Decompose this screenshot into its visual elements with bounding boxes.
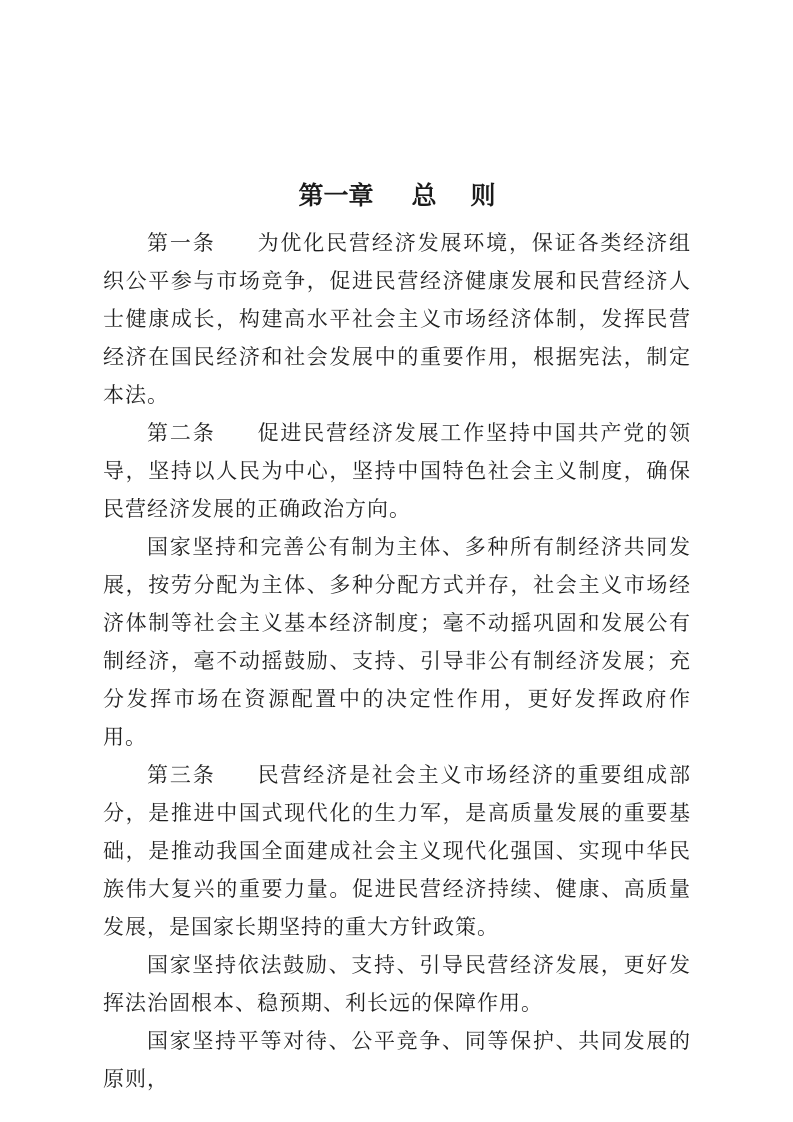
chapter-heading: 第一章 总 则 [103,181,691,211]
paragraph-text: 国家坚持平等对待、公平竞争、同等保护、共同发展的原则， [103,1029,691,1091]
chapter-title-char-1: 总 [411,181,436,211]
article-paragraph: 第三条民营经济是社会主义市场经济的重要组成部分，是推进中国式现代化的生力军，是高… [103,756,691,946]
body-paragraph: 国家坚持和完善公有制为主体、多种所有制经济共同发展，按劳分配为主体、多种分配方式… [103,528,691,756]
article-number: 第二条 [147,421,216,445]
article-paragraph: 第二条促进民营经济发展工作坚持中国共产党的领导，坚持以人民为中心，坚持中国特色社… [103,414,691,528]
paragraph-text: 国家坚持和完善公有制为主体、多种所有制经济共同发展，按劳分配为主体、多种分配方式… [103,535,691,749]
paragraph-text: 国家坚持依法鼓励、支持、引导民营经济发展，更好发挥法治固根本、稳预期、利长远的保… [103,953,691,1015]
chapter-title-char-2: 则 [471,181,496,211]
body-paragraph: 国家坚持依法鼓励、支持、引导民营经济发展，更好发挥法治固根本、稳预期、利长远的保… [103,946,691,1022]
body-paragraph: 国家坚持平等对待、公平竞争、同等保护、共同发展的原则， [103,1022,691,1098]
article-number: 第三条 [147,763,216,787]
paragraph-list: 第一条为优化民营经济发展环境，保证各类经济组织公平参与市场竞争，促进民营经济健康… [103,224,691,1098]
document-page: 第一章 总 则 第一条为优化民营经济发展环境，保证各类经济组织公平参与市场竞争，… [0,0,793,1122]
chapter-number: 第一章 [298,181,373,211]
paragraph-text: 民营经济是社会主义市场经济的重要组成部分，是推进中国式现代化的生力军，是高质量发… [103,763,691,939]
paragraph-text: 为优化民营经济发展环境，保证各类经济组织公平参与市场竞争，促进民营经济健康发展和… [103,231,691,407]
article-paragraph: 第一条为优化民营经济发展环境，保证各类经济组织公平参与市场竞争，促进民营经济健康… [103,224,691,414]
document-body: 第一章 总 则 第一条为优化民营经济发展环境，保证各类经济组织公平参与市场竞争，… [103,181,691,1098]
article-number: 第一条 [147,231,216,255]
